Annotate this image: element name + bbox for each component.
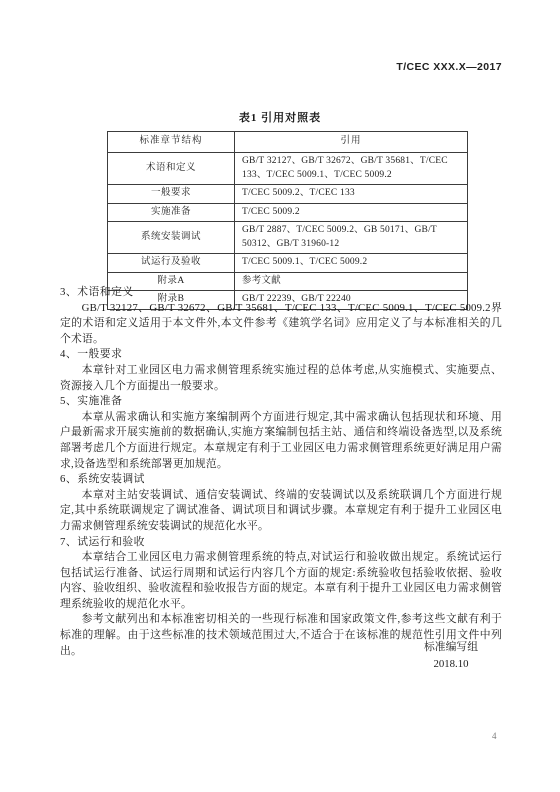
section-heading-trial-acceptance: 7、试运行和验收 [60, 535, 502, 551]
section-heading-implementation-preparation: 5、实施准备 [60, 394, 502, 410]
table-cell-citation: GB/T 2887、T/CEC 5009.2、GB 50171、GB/T 503… [235, 222, 468, 254]
table-cell-section: 一般要求 [108, 185, 235, 204]
table-cell-section: 系统安装调试 [108, 222, 235, 254]
citation-comparison-table: 标准章节结构 引用 术语和定义 GB/T 32127、GB/T 32672、GB… [107, 131, 468, 310]
signoff-block: 标准编写组 2018.10 [424, 639, 478, 672]
table-cell-section: 术语和定义 [108, 153, 235, 185]
table-header-row: 标准章节结构 引用 [108, 132, 468, 153]
document-body: 3、术语和定义 GB/T 32127、GB/T 32672、GB/T 35681… [60, 285, 502, 659]
table-title: 表1 引用对照表 [0, 109, 560, 125]
signoff-date: 2018.10 [424, 656, 478, 673]
section-paragraph: 本章对主站安装调试、通信安装调试、终端的安装调试以及系统联调几个方面进行规定,其… [60, 488, 502, 535]
table-cell-citation: T/CEC 5009.2、T/CEC 133 [235, 185, 468, 204]
signoff-author: 标准编写组 [424, 639, 478, 656]
table-cell-section: 实施准备 [108, 203, 235, 222]
section-heading-installation-commissioning: 6、系统安装调试 [60, 472, 502, 488]
document-page: T/CEC XXX.X—2017 表1 引用对照表 标准章节结构 引用 术语和定… [0, 0, 560, 792]
section-heading-general-requirements: 4、一般要求 [60, 347, 502, 363]
table-row: 术语和定义 GB/T 32127、GB/T 32672、GB/T 35681、T… [108, 153, 468, 185]
table-row: 实施准备 T/CEC 5009.2 [108, 203, 468, 222]
section-paragraph: 本章从需求确认和实施方案编制两个方面进行规定,其中需求确认包括现状和环境、用户最… [60, 410, 502, 472]
table-header-section: 标准章节结构 [108, 132, 235, 153]
table-header-citation: 引用 [235, 132, 468, 153]
page-number: 4 [492, 731, 497, 741]
table-row: 一般要求 T/CEC 5009.2、T/CEC 133 [108, 185, 468, 204]
table-cell-citation: T/CEC 5009.2 [235, 203, 468, 222]
table-row: 试运行及验收 T/CEC 5009.1、T/CEC 5009.2 [108, 254, 468, 273]
table-cell-citation: T/CEC 5009.1、T/CEC 5009.2 [235, 254, 468, 273]
section-heading-terms: 3、术语和定义 [60, 285, 502, 301]
table-row: 系统安装调试 GB/T 2887、T/CEC 5009.2、GB 50171、G… [108, 222, 468, 254]
table-cell-citation: GB/T 32127、GB/T 32672、GB/T 35681、T/CEC 1… [235, 153, 468, 185]
section-paragraph: 本章结合工业园区电力需求侧管理系统的特点,对试运行和验收做出规定。系统试运行包括… [60, 550, 502, 612]
table-cell-section: 试运行及验收 [108, 254, 235, 273]
section-paragraph: GB/T 32127、GB/T 32672、GB/T 35681、T/CEC 1… [60, 301, 502, 348]
standard-code-header: T/CEC XXX.X—2017 [396, 61, 502, 73]
section-paragraph: 本章针对工业园区电力需求侧管理系统实施过程的总体考虑,从实施模式、实施要点、资源… [60, 363, 502, 394]
